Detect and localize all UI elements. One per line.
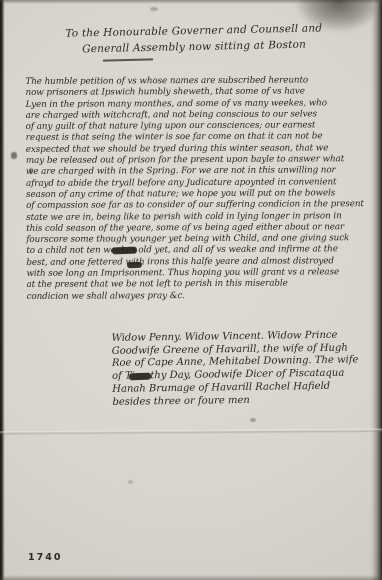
document-heading: To the Honourable Governer and Counsell …	[44, 21, 345, 58]
body-line: with soe long an Imprisonment. Thus hopi…	[26, 267, 376, 280]
pen-underline	[103, 58, 153, 61]
catalog-number: 1740	[28, 552, 62, 563]
page-edge-left	[0, 0, 5, 580]
ink-blot	[127, 262, 142, 269]
ink-speck	[150, 7, 158, 11]
manuscript-page: To the Honourable Governer and Counsell …	[0, 0, 382, 580]
ink-speck	[128, 480, 133, 484]
body-line: Lyen in the prison many monthes, and som…	[26, 98, 376, 111]
petition-body: The humble petition of vs whose names ar…	[25, 75, 376, 303]
ink-blot	[112, 247, 137, 255]
ink-speck	[11, 152, 17, 159]
signature-list: Widow Penny. Widow Vincent. Widow Prince…	[111, 329, 378, 409]
page-edge-bottom	[0, 575, 382, 580]
fold-crease	[0, 429, 382, 436]
ink-speck	[250, 418, 256, 422]
body-line: condicion we shall alwayes pray &c.	[27, 290, 377, 303]
